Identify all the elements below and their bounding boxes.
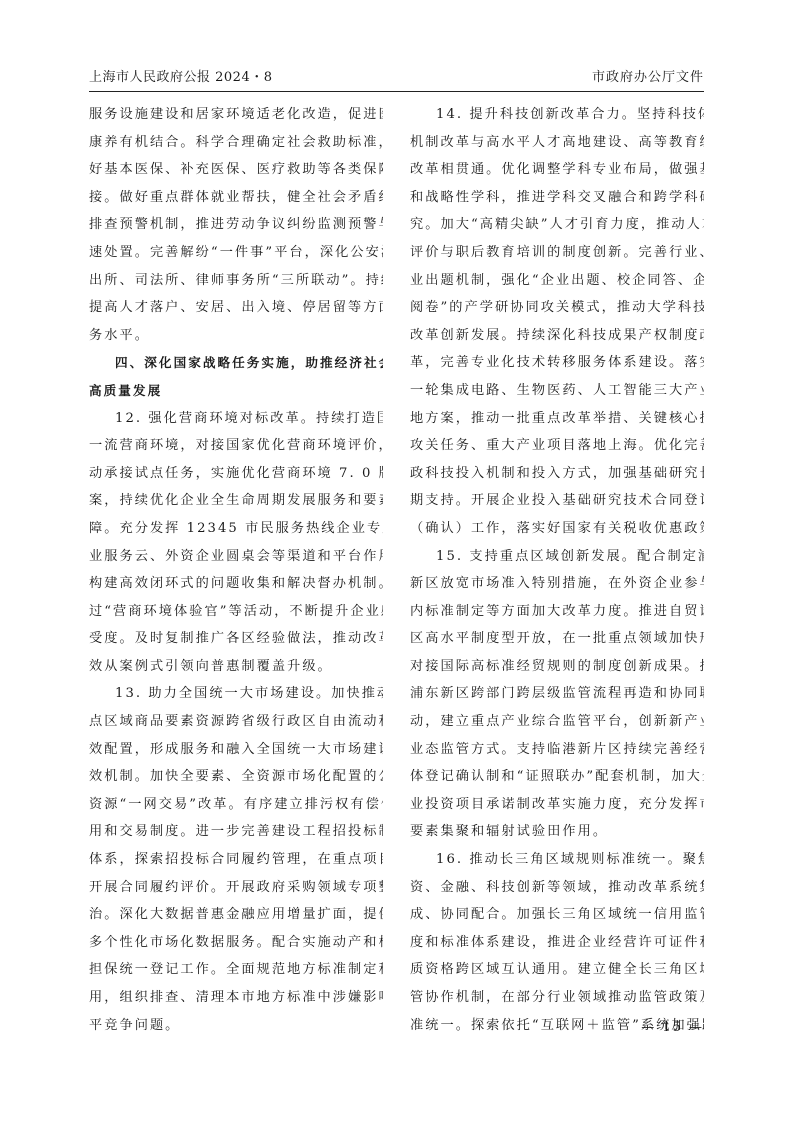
paragraph-line: 期支持。开展企业投入基础研究技术合同登记 (410, 487, 704, 515)
paragraph-line: 速处置。完善解纷“一件事”平台，深化公安派 (89, 239, 383, 267)
paragraph-line: 度和标准体系建设，推进企业经营许可证件和资 (410, 929, 704, 957)
left-column: 服务设施建设和居家环境适老化改造，促进医养康养有机结合。科学合理确定社会救助标准… (89, 101, 383, 1039)
paragraph-line: 服务设施建设和居家环境适老化改造，促进医养 (89, 101, 383, 129)
paragraph-line: 究。加大“高精尖缺”人才引育力度，推动人才 (410, 211, 704, 239)
paragraph-line: 一轮集成电路、生物医药、人工智能三大产业高 (410, 377, 704, 405)
paragraph-line: 用，组织排查、清理本市地方标准中涉嫌影响公 (89, 984, 383, 1012)
paragraph-line: 浦东新区跨部门跨层级监管流程再造和协同联 (410, 680, 704, 708)
paragraph-line: 质资格跨区域互认通用。建立健全长三角区域监 (410, 956, 704, 984)
right-column: 14. 提升科技创新改革合力。坚持科技体制机制改革与高水平人才高地建设、高等教育… (410, 101, 704, 1039)
paragraph-line: 内标准制定等方面加大改革力度。推进自贸试验 (410, 598, 704, 626)
paragraph-line: 好基本医保、补充医保、医疗救助等各类保障衔 (89, 156, 383, 184)
paragraph-line: 多个性化市场化数据服务。配合实施动产和权利 (89, 929, 383, 957)
paragraph-line: 和战略性学科，推进学科交叉融合和跨学科研 (410, 184, 704, 212)
paragraph-line: 资源“一网交易”改革。有序建立排污权有偿使 (89, 791, 383, 819)
paragraph-line: 效从案例式引领向普惠制覆盖升级。 (89, 653, 383, 681)
paragraph-line: 过“营商环境体验官”等活动，不断提升企业感 (89, 598, 383, 626)
paragraph-line: 成、协同配合。加强长三角区域统一信用监管制 (410, 901, 704, 929)
paragraph-line: 15. 支持重点区域创新发展。配合制定浦东 (410, 543, 704, 571)
paragraph-line: 平竞争问题。 (89, 1012, 383, 1040)
paragraph-line: 13. 助力全国统一大市场建设。加快推动重 (89, 680, 383, 708)
paragraph-line: 体登记确认制和“证照联办”配套机制，加大企 (410, 763, 704, 791)
paragraph-line: 务水平。 (89, 322, 383, 350)
paragraph-line: 16. 推动长三角区域规则标准统一。聚焦国 (410, 846, 704, 874)
paragraph-line: 阅卷”的产学研协同攻关模式，推动大学科技园 (410, 294, 704, 322)
paragraph-line: 地方案，推动一批重点改革举措、关键核心技术 (410, 405, 704, 433)
paragraph-line: 管协作机制，在部分行业领域推动监管政策及标 (410, 984, 704, 1012)
paragraph-line: 革，完善专业化技术转移服务体系建设。落实新 (410, 349, 704, 377)
paragraph-line: 体系，探索招投标合同履约管理，在重点项目中 (89, 846, 383, 874)
paragraph-line: 接。做好重点群体就业帮扶，健全社会矛盾纠纷 (89, 184, 383, 212)
publication-title: 上海市人民政府公报 2024・8 (89, 66, 273, 85)
header-divider (89, 91, 704, 92)
paragraph-line: 业服务云、外资企业圆桌会等渠道和平台作用， (89, 543, 383, 571)
paragraph-line: 障。充分发挥 12345 市民服务热线企业专席、企 (89, 515, 383, 543)
paragraph-line: 开展合同履约评价。开展政府采购领域专项整 (89, 874, 383, 902)
paragraph-line: 用和交易制度。进一步完善建设工程招投标制度 (89, 818, 383, 846)
paragraph-line: 效配置，形成服务和融入全国统一大市场建设长 (89, 736, 383, 764)
paragraph-line: 12. 强化营商环境对标改革。持续打造国际 (89, 405, 383, 433)
paragraph-line: 排查预警机制，推进劳动争议纠纷监测预警与快 (89, 211, 383, 239)
paragraph-line: 效机制。加快全要素、全资源市场化配置的公共 (89, 763, 383, 791)
paragraph-line: 出所、司法所、律师事务所“三所联动”。持续 (89, 267, 383, 295)
page-number: — 15 — (620, 1020, 704, 1035)
paragraph-line: 资、金融、科技创新等领域，推动改革系统集 (410, 874, 704, 902)
paragraph-line: 要素集聚和辐射试验田作用。 (410, 818, 704, 846)
paragraph-line: 业出题机制，强化“企业出题、校企同答、企业 (410, 267, 704, 295)
paragraph-line: 动承接试点任务，实施优化营商环境 7. 0 版方 (89, 460, 383, 488)
paragraph-line: 区高水平制度型开放，在一批重点领域加快形成 (410, 625, 704, 653)
running-header: 上海市人民政府公报 2024・8 市政府办公厅文件 (89, 64, 704, 88)
paragraph-line: 评价与职后教育培训的制度创新。完善行业、企 (410, 239, 704, 267)
paragraph-line: 担保统一登记工作。全面规范地方标准制定和应 (89, 956, 383, 984)
paragraph-line: 受度。及时复制推广各区经验做法，推动改革成 (89, 625, 383, 653)
paragraph-line: 改革创新发展。持续深化科技成果产权制度改 (410, 322, 704, 350)
paragraph-line: 改革相贯通。优化调整学科专业布局，做强基础 (410, 156, 704, 184)
paragraph-line: （确认）工作，落实好国家有关税收优惠政策。 (410, 515, 704, 543)
paragraph-line: 业态监管方式。支持临港新片区持续完善经营主 (410, 736, 704, 764)
paragraph-line: 治。深化大数据普惠金融应用增量扩面，提供更 (89, 901, 383, 929)
paragraph-line: 机制改革与高水平人才高地建设、高等教育综合 (410, 129, 704, 157)
paragraph-line: 构建高效闭环式的问题收集和解决督办机制。通 (89, 570, 383, 598)
paragraph-line: 康养有机结合。科学合理确定社会救助标准，做 (89, 129, 383, 157)
paragraph-line: 新区放宽市场准入特别措施，在外资企业参与国 (410, 570, 704, 598)
paragraph-line: 提高人才落户、安居、出入境、停居留等方面服 (89, 294, 383, 322)
section-title: 市政府办公厅文件 (592, 66, 704, 85)
paragraph-line: 业投资项目承诺制改革实施力度，充分发挥市场 (410, 791, 704, 819)
paragraph-line: 对接国际高标准经贸规则的制度创新成果。推动 (410, 653, 704, 681)
section-heading-line: 四、深化国家战略任务实施，助推经济社会 (89, 349, 383, 377)
paragraph-line: 政科技投入机制和投入方式，加强基础研究长周 (410, 460, 704, 488)
paragraph-line: 攻关任务、重大产业项目落地上海。优化完善财 (410, 432, 704, 460)
paragraph-line: 动，建立重点产业综合监管平台，创新新产业新 (410, 708, 704, 736)
paragraph-line: 一流营商环境，对接国家优化营商环境评价，主 (89, 432, 383, 460)
paragraph-line: 点区域商品要素资源跨省级行政区自由流动和高 (89, 708, 383, 736)
paragraph-line: 案，持续优化企业全生命周期发展服务和要素保 (89, 487, 383, 515)
paragraph-line: 14. 提升科技创新改革合力。坚持科技体制 (410, 101, 704, 129)
section-heading-line: 高质量发展 (89, 377, 383, 405)
